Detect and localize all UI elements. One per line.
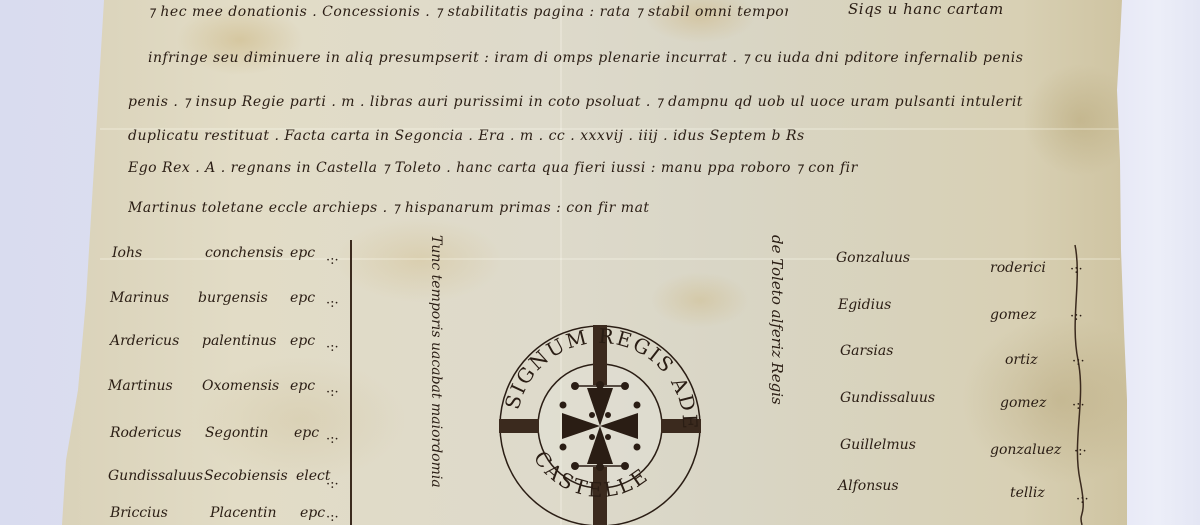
noble-patronym: ortiz: [1005, 352, 1038, 368]
bishop-see: burgensis: [198, 290, 268, 306]
bishop-see: Oxomensis: [202, 378, 279, 394]
bishop-see: Placentin: [210, 505, 277, 521]
confirm-mark: ·:·: [1070, 262, 1083, 277]
charter-line-2: infringe seu diminuere in aliq presumpse…: [148, 50, 1093, 66]
noble-name: Egidius: [838, 297, 891, 313]
rota-seal: SIGNUM REGIS ADEFONSI CASTELLE: [497, 323, 703, 525]
confirm-mark: ·:·: [326, 296, 339, 311]
bishop-title: epc: [290, 333, 315, 349]
charter-line-1-end: Siqs u hanc cartam: [848, 0, 1004, 18]
confirm-mark: ·:·: [1072, 354, 1085, 369]
bishop-see: palentinus: [202, 333, 276, 349]
confirm-mark: ·:·: [1074, 444, 1087, 459]
bishop-name: Briccius: [110, 505, 168, 521]
confirm-mark: ·:·: [326, 340, 339, 355]
bishop-name: Marinus: [110, 290, 169, 306]
bishop-title: epc: [294, 425, 319, 441]
bishop-see: Secobiensis: [204, 468, 288, 484]
confirm-mark: ·:·: [326, 432, 339, 447]
charter-line-5: Ego Rex . A . regnans in Castella ⁊ Tole…: [128, 160, 1088, 176]
charter-line-6: Martinus toletane eccle archieps . ⁊ his…: [128, 200, 1058, 216]
noble-patronym: roderici: [990, 260, 1046, 276]
confirm-mark: ·:·: [326, 510, 339, 525]
confirm-mark: ·:·: [1076, 492, 1089, 507]
noble-patronym: telliz: [1010, 485, 1045, 501]
bishop-title: epc: [300, 505, 325, 521]
bishop-see: Segontin: [205, 425, 268, 441]
confirm-mark: ·:·: [1070, 309, 1083, 324]
confirm-mark: ·:·: [1072, 398, 1085, 413]
noble-name: Gonzaluus: [836, 250, 910, 266]
noble-name: Alfonsus: [838, 478, 899, 494]
noble-patronym: gomez: [1000, 395, 1046, 411]
noble-patronym: gomez: [990, 307, 1036, 323]
bishop-name: Ardericus: [110, 333, 179, 349]
confirm-mark: ·:·: [326, 253, 339, 268]
confirm-mark: ·:·: [326, 385, 339, 400]
bishop-title: epc: [290, 378, 315, 394]
bishop-title: epc: [290, 245, 315, 261]
parchment-sheet: ⁊ hec mee donationis . Concessionis . ⁊ …: [0, 0, 1200, 525]
noble-name: Garsias: [840, 343, 893, 359]
charter-line-1: ⁊ hec mee donationis . Concessionis . ⁊ …: [148, 4, 788, 20]
bishop-name: Martinus: [108, 378, 173, 394]
confirm-mark: ·:·: [326, 477, 339, 492]
confirmation-rule-right: [1060, 240, 1100, 525]
bishop-name: Iohs: [112, 245, 142, 261]
vertical-inscription-right: de Toleto alferiz Regis: [768, 235, 786, 525]
backdrop-right: [1115, 0, 1200, 525]
bishop-title: epc: [290, 290, 315, 306]
charter-line-3: penis . ⁊ insup Regie parti . m . libras…: [128, 94, 1093, 110]
confirmation-rule-left: [350, 240, 352, 525]
vertical-inscription-left: Tunc temporis uacabat maiordomia: [428, 235, 444, 525]
bishop-see: conchensis: [205, 245, 283, 261]
noble-patronym: gonzaluez: [990, 442, 1061, 458]
bishop-name: Gundissaluus: [108, 468, 203, 484]
noble-name: Guillelmus: [840, 437, 916, 453]
bishop-name: Rodericus: [110, 425, 181, 441]
noble-name: Gundissaluus: [840, 390, 935, 406]
charter-line-4: duplicatu restituat . Facta carta in Seg…: [128, 128, 1093, 144]
